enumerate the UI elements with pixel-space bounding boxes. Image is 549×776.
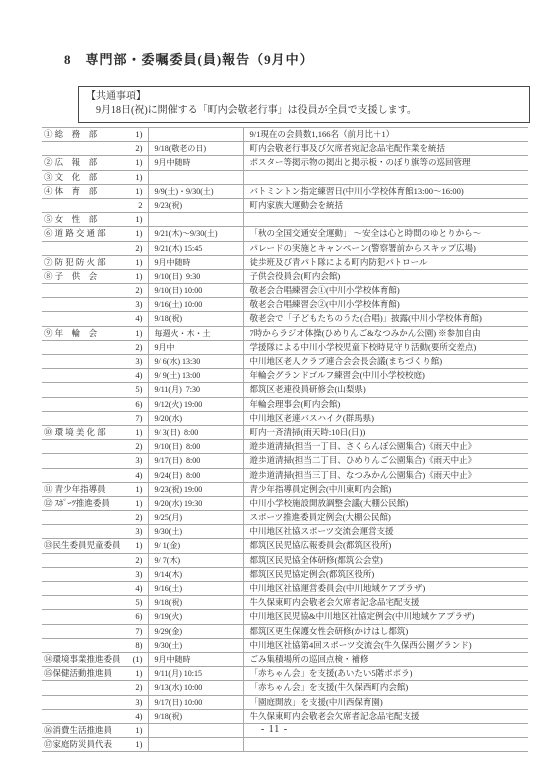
committee-cell: 6) bbox=[42, 397, 148, 411]
description-cell: 敬老会合唱練習会①(中川小学校体育館) bbox=[243, 284, 528, 298]
committee-cell: 2) bbox=[42, 553, 148, 567]
item-ordinal: 3) bbox=[135, 568, 147, 581]
item-ordinal: 6) bbox=[135, 610, 147, 623]
date-cell bbox=[148, 213, 243, 227]
table-row: ⑫ ｽﾎﾟｰﾂ推進委員1)9/20(水) 19:30中川小学校施設開放調整会議(… bbox=[42, 496, 528, 510]
committee-cell: 3) bbox=[42, 454, 148, 468]
table-row: ⑩ 環 境 美 化 部1)9/ 3(日) 8:00町内一斉清掃(雨天時:10日(… bbox=[42, 425, 528, 439]
description-cell: パレードの実施とキャンペーン(警察署前からスキップ広場) bbox=[243, 241, 528, 255]
committee-cell: 2) bbox=[42, 284, 148, 298]
description-cell: 中川小学校施設開放調整会議(大棚公民館) bbox=[243, 496, 528, 510]
table-row: 4)9/ 9(土) 13:00年輪会グランドゴルフ練習会(中川小学校校庭) bbox=[42, 369, 528, 383]
table-row: ⑤ 女 性 部1) bbox=[42, 213, 528, 227]
date-cell: 9/ 6(水) 13:30 bbox=[148, 355, 243, 369]
date-cell: 9/10(日) 8:00 bbox=[148, 440, 243, 454]
date-cell: 9/17(日) 8:00 bbox=[148, 454, 243, 468]
description-cell: 遊歩道清掃(担当三丁目、なつみかん公園集合)《雨天中止》 bbox=[243, 468, 528, 482]
date-cell: 9/18(祝) bbox=[148, 312, 243, 326]
table-row: ⑦ 防 犯 防 火 部1)9月中随時徒歩班及び青パト隊による町内防犯パトロール bbox=[42, 255, 528, 269]
table-row: ② 広 報 部1)9月中随時ポスター等掲示物の掲出と掲示板・のぼり旗等の巡回管理 bbox=[42, 156, 528, 170]
item-ordinal: 3) bbox=[135, 454, 147, 467]
item-ordinal: 1) bbox=[135, 270, 147, 283]
table-row: ⑰家庭防災員代表1) bbox=[42, 738, 528, 752]
committee-name: ⑤ 女 性 部 bbox=[44, 213, 97, 226]
description-cell: 都筑区民児協定例会(都筑区役所) bbox=[243, 567, 528, 581]
table-row: 8)9/30(土)中川地区社協第4回スポーツ交流会(牛久保西公園グランド) bbox=[42, 638, 528, 652]
committee-cell: 2) bbox=[42, 241, 148, 255]
description-cell bbox=[243, 738, 528, 752]
section-number: 8 bbox=[64, 52, 72, 67]
item-ordinal: 1) bbox=[135, 738, 147, 751]
item-ordinal: 1) bbox=[135, 327, 147, 340]
table-row: 3)9/17(日) 8:00遊歩道清掃(担当二丁目、ひめりんご公園集合)《雨天中… bbox=[42, 454, 528, 468]
item-ordinal: 1) bbox=[135, 497, 147, 510]
description-cell: ポスター等掲示物の掲出と掲示板・のぼり旗等の巡回管理 bbox=[243, 156, 528, 170]
item-ordinal: 1) bbox=[135, 156, 147, 169]
committee-name: ⑫ ｽﾎﾟｰﾂ推進委員 bbox=[44, 497, 110, 510]
table-row: 2)9/ 7(木)都筑区民児協全体研修(都筑公会堂) bbox=[42, 553, 528, 567]
date-cell: 9/20(水) bbox=[148, 411, 243, 425]
date-cell: 9/10(日) 9:30 bbox=[148, 269, 243, 283]
date-cell: 9/20(水) 19:30 bbox=[148, 496, 243, 510]
committee-name: ⑭環境事業推進委員 bbox=[44, 653, 121, 666]
description-cell: スポーツ推進委員定例会(大棚公民館) bbox=[243, 511, 528, 525]
committee-cell: 3) bbox=[42, 355, 148, 369]
date-cell: 9/13(水) 10:00 bbox=[148, 681, 243, 695]
description-cell: 牛久保東町内会敬老会欠席者記念品宅配支援 bbox=[243, 709, 528, 723]
table-row: 3)9/30(土)中川地区社協スポーツ交流会運営支援 bbox=[42, 525, 528, 539]
table-row: 4)9/18(祝)牛久保東町内会敬老会欠席者記念品宅配支援 bbox=[42, 709, 528, 723]
description-cell: 9/1現在の会員数1,166名（前月比＋1） bbox=[243, 128, 528, 142]
date-cell: 9/29(金) bbox=[148, 624, 243, 638]
committee-cell: ⑫ ｽﾎﾟｰﾂ推進委員1) bbox=[42, 496, 148, 510]
table-row: 2)9/18(敬老の日)町内会敬老行事及び欠席者宛記念品宅配作業を統括 bbox=[42, 142, 528, 156]
item-ordinal: 3) bbox=[135, 696, 147, 709]
table-row: 7)9/20(水)中川地区老連バスハイク(群馬県) bbox=[42, 411, 528, 425]
item-ordinal: 1) bbox=[135, 426, 147, 439]
description-cell: 遊歩道清掃(担当一丁目、さくらんぼ公園集合)《雨天中止》 bbox=[243, 440, 528, 454]
committee-cell: 2 bbox=[42, 198, 148, 212]
description-cell: 子供会役員会(町内会館) bbox=[243, 269, 528, 283]
date-cell: 9/14(木) bbox=[148, 567, 243, 581]
table-row: ④ 体 育 部1)9/9(土)・9/30(土)バトミントン指定練習日(中川小学校… bbox=[42, 184, 528, 198]
item-ordinal: 7) bbox=[135, 625, 147, 638]
report-table-body: ① 総 務 部1)9/1現在の会員数1,166名（前月比＋1）2)9/18(敬老… bbox=[42, 128, 528, 752]
description-cell: 7時からラジオ体操(ひめりんご&なつみかん公園) ※参加自由 bbox=[243, 326, 528, 340]
committee-cell: 4) bbox=[42, 709, 148, 723]
committee-cell: 4) bbox=[42, 369, 148, 383]
committee-cell: 4) bbox=[42, 312, 148, 326]
item-ordinal: 5) bbox=[135, 596, 147, 609]
table-row: 7)9/29(金)都筑区更生保護女性会研修(かけはし都筑) bbox=[42, 624, 528, 638]
description-cell: 遊歩道清掃(担当二丁目、ひめりんご公園集合)《雨天中止》 bbox=[243, 454, 528, 468]
table-row: 3)9/17(日) 10:00「園庭開放」を支援(中川西保育園) bbox=[42, 695, 528, 709]
committee-cell: 7) bbox=[42, 411, 148, 425]
table-row: ⑮保健活動推進員1)9/11(月) 10:15「赤ちゃん会」を支援(あいたい5階… bbox=[42, 667, 528, 681]
date-cell: 9/17(日) 10:00 bbox=[148, 695, 243, 709]
description-cell: 都筑区更生保護女性会研修(かけはし都筑) bbox=[243, 624, 528, 638]
item-ordinal: 4) bbox=[135, 369, 147, 382]
committee-cell: 4) bbox=[42, 468, 148, 482]
committee-cell: 4) bbox=[42, 582, 148, 596]
description-cell: 年輪会理事会(町内会館) bbox=[243, 397, 528, 411]
committee-cell: 5) bbox=[42, 383, 148, 397]
date-cell: 9/18(祝) bbox=[148, 709, 243, 723]
description-cell: 徒歩班及び青パト隊による町内防犯パトロール bbox=[243, 255, 528, 269]
item-ordinal: 4) bbox=[135, 312, 147, 325]
description-cell: 年輪会グランドゴルフ練習会(中川小学校校庭) bbox=[243, 369, 528, 383]
committee-cell: 3) bbox=[42, 525, 148, 539]
committee-cell: ⑨ 年 輪 会1) bbox=[42, 326, 148, 340]
section-title: 専門部・委嘱委員(員)報告（9月中） bbox=[86, 52, 314, 67]
table-row: ⑪ 青少年指導員1)9/23(祝) 19:00青少年指導員定例会(中川東町内会館… bbox=[42, 482, 528, 496]
committee-name: ⑮保健活動推進員 bbox=[44, 667, 112, 680]
date-cell: 9/25(月) bbox=[148, 511, 243, 525]
table-row: 4)9/24(日) 8:00遊歩道清掃(担当三丁目、なつみかん公園集合)《雨天中… bbox=[42, 468, 528, 482]
table-row: 2)9/21(木) 15:45パレードの実施とキャンペーン(警察署前からスキップ… bbox=[42, 241, 528, 255]
committee-cell: 2) bbox=[42, 511, 148, 525]
item-ordinal: 3) bbox=[135, 355, 147, 368]
date-cell: 9/18(祝) bbox=[148, 596, 243, 610]
item-ordinal: 1) bbox=[135, 227, 147, 240]
description-cell: 牛久保東町内会敬老会欠席者記念品宅配支援 bbox=[243, 596, 528, 610]
table-row: 2)9/10(日) 10:00敬老会合唱練習会①(中川小学校体育館) bbox=[42, 284, 528, 298]
committee-name: ⑪ 青少年指導員 bbox=[44, 483, 106, 496]
date-cell: 9/24(日) 8:00 bbox=[148, 468, 243, 482]
report-table: ① 総 務 部1)9/1現在の会員数1,166名（前月比＋1）2)9/18(敬老… bbox=[42, 127, 528, 752]
committee-cell: 5) bbox=[42, 596, 148, 610]
committee-name: ④ 体 育 部 bbox=[44, 185, 97, 198]
date-cell: 9/ 9(土) 13:00 bbox=[148, 369, 243, 383]
committee-name: ⑥ 道 路 交 通 部 bbox=[44, 227, 106, 240]
date-cell: 9/ 3(日) 8:00 bbox=[148, 425, 243, 439]
description-cell bbox=[243, 213, 528, 227]
description-cell: 都筑区老連役員研修会(山梨県) bbox=[243, 383, 528, 397]
item-ordinal: 1) bbox=[135, 171, 147, 184]
date-cell bbox=[148, 170, 243, 184]
committee-cell: 2) bbox=[42, 681, 148, 695]
item-ordinal: 5) bbox=[135, 383, 147, 396]
description-cell: 中川地区民児協&中川地区社協定例会(中川地域ケアプラザ) bbox=[243, 610, 528, 624]
date-cell: 9/21(木) 15:45 bbox=[148, 241, 243, 255]
committee-cell: 2) bbox=[42, 340, 148, 354]
description-cell: 都筑区民児協広報委員会(都筑区役所) bbox=[243, 539, 528, 553]
description-cell: 町内家族大運動会を統括 bbox=[243, 198, 528, 212]
item-ordinal: 2) bbox=[135, 554, 147, 567]
description-cell: バトミントン指定練習日(中川小学校体育館13:00〜16:00) bbox=[243, 184, 528, 198]
description-cell: 敬老会合唱練習会②(中川小学校体育館) bbox=[243, 298, 528, 312]
committee-name: ⑬民生委員児童委員 bbox=[44, 539, 121, 552]
table-row: 29/23(祝)町内家族大運動会を統括 bbox=[42, 198, 528, 212]
item-ordinal: 8) bbox=[135, 639, 147, 652]
footer-page-number: - 11 - bbox=[0, 724, 549, 735]
committee-name: ① 総 務 部 bbox=[44, 128, 97, 141]
item-ordinal: 2) bbox=[135, 284, 147, 297]
date-cell: 9/ 1(金) bbox=[148, 539, 243, 553]
committee-cell: ③ 文 化 部1) bbox=[42, 170, 148, 184]
item-ordinal: 2) bbox=[135, 681, 147, 694]
date-cell: 9月中随時 bbox=[148, 652, 243, 666]
item-ordinal: 1) bbox=[135, 539, 147, 552]
item-ordinal: 2) bbox=[135, 511, 147, 524]
date-cell: 9/ 7(木) bbox=[148, 553, 243, 567]
item-ordinal: 2) bbox=[135, 341, 147, 354]
description-cell: 青少年指導員定例会(中川東町内会館) bbox=[243, 482, 528, 496]
item-ordinal: 1) bbox=[135, 667, 147, 680]
committee-name: ⑩ 環 境 美 化 部 bbox=[44, 426, 106, 439]
notice-body: 9月18日(祝)に開催する「町内会敬老行事」は役員が全員で支援します。 bbox=[86, 104, 524, 118]
date-cell: 9/11(月) 7:30 bbox=[148, 383, 243, 397]
item-ordinal: 1) bbox=[135, 213, 147, 226]
date-cell: 9月中随時 bbox=[148, 255, 243, 269]
item-ordinal: 1) bbox=[135, 128, 147, 141]
description-cell: 中川地区老人クラブ連合会会長会議(まちづくり館) bbox=[243, 355, 528, 369]
committee-cell: ① 総 務 部1) bbox=[42, 128, 148, 142]
committee-name: ③ 文 化 部 bbox=[44, 171, 97, 184]
committee-cell: ④ 体 育 部1) bbox=[42, 184, 148, 198]
description-cell: 「赤ちゃん会」を支援(あいたい5階ポポラ) bbox=[243, 667, 528, 681]
description-cell: 中川地区社協スポーツ交流会運営支援 bbox=[243, 525, 528, 539]
table-row: ① 総 務 部1)9/1現在の会員数1,166名（前月比＋1） bbox=[42, 128, 528, 142]
committee-name: ⑨ 年 輪 会 bbox=[44, 327, 97, 340]
date-cell: 9/10(日) 10:00 bbox=[148, 284, 243, 298]
committee-cell: 7) bbox=[42, 624, 148, 638]
item-ordinal: 3) bbox=[135, 525, 147, 538]
committee-cell: ⑦ 防 犯 防 火 部1) bbox=[42, 255, 148, 269]
committee-cell: ⑪ 青少年指導員1) bbox=[42, 482, 148, 496]
table-row: ⑥ 道 路 交 通 部1)9/21(木)〜9/30(土)「秋の全国交通安全運動」… bbox=[42, 227, 528, 241]
description-cell: 「秋の全国交通安全運動」 〜安全は心と時間のゆとりから〜 bbox=[243, 227, 528, 241]
date-cell: 9/19(火) bbox=[148, 610, 243, 624]
item-ordinal: 2) bbox=[135, 440, 147, 453]
item-ordinal: 3) bbox=[135, 298, 147, 311]
committee-name: ⑦ 防 犯 防 火 部 bbox=[44, 256, 106, 269]
table-row: 6)9/12(火) 19:00年輪会理事会(町内会館) bbox=[42, 397, 528, 411]
committee-cell: 2) bbox=[42, 142, 148, 156]
description-cell: 学援隊による中川小学校児童下校時見守り活動(要所交差点) bbox=[243, 340, 528, 354]
committee-cell: ② 広 報 部1) bbox=[42, 156, 148, 170]
description-cell: 都筑区民児協全体研修(都筑公会堂) bbox=[243, 553, 528, 567]
description-cell: 中川地区老連バスハイク(群馬県) bbox=[243, 411, 528, 425]
table-row: ⑨ 年 輪 会1)毎週火・木・土7時からラジオ体操(ひめりんご&なつみかん公園)… bbox=[42, 326, 528, 340]
table-row: ⑭環境事業推進委員(1)9月中随時ごみ集積場所の巡回点検・補修 bbox=[42, 652, 528, 666]
table-row: 3)9/16(土) 10:00敬老会合唱練習会②(中川小学校体育館) bbox=[42, 298, 528, 312]
item-ordinal: 4) bbox=[135, 710, 147, 723]
item-ordinal: 6) bbox=[135, 398, 147, 411]
table-row: 5)9/11(月) 7:30都筑区老連役員研修会(山梨県) bbox=[42, 383, 528, 397]
table-row: 4)9/18(祝)敬老会で「子どもたちのうた(合唱)」披露(中川小学校体育館) bbox=[42, 312, 528, 326]
item-ordinal: (1) bbox=[133, 653, 148, 666]
table-row: 5)9/18(祝)牛久保東町内会敬老会欠席者記念品宅配支援 bbox=[42, 596, 528, 610]
date-cell: 9月中随時 bbox=[148, 156, 243, 170]
date-cell bbox=[148, 128, 243, 142]
table-row: 2)9/10(日) 8:00遊歩道清掃(担当一丁目、さくらんぼ公園集合)《雨天中… bbox=[42, 440, 528, 454]
item-ordinal: 7) bbox=[135, 412, 147, 425]
committee-cell: 6) bbox=[42, 610, 148, 624]
common-notice-box: 【共通事項】 9月18日(祝)に開催する「町内会敬老行事」は役員が全員で支援しま… bbox=[78, 86, 530, 123]
item-ordinal: 4) bbox=[135, 582, 147, 595]
description-cell: 町内会敬老行事及び欠席者宛記念品宅配作業を統括 bbox=[243, 142, 528, 156]
item-ordinal: 2 bbox=[138, 199, 147, 212]
item-ordinal: 1) bbox=[135, 256, 147, 269]
table-row: 6)9/19(火)中川地区民児協&中川地区社協定例会(中川地域ケアプラザ) bbox=[42, 610, 528, 624]
committee-cell: 3) bbox=[42, 298, 148, 312]
table-row: 3)9/14(木)都筑区民児協定例会(都筑区役所) bbox=[42, 567, 528, 581]
committee-cell: ⑭環境事業推進委員(1) bbox=[42, 652, 148, 666]
notice-heading: 【共通事項】 bbox=[86, 90, 524, 104]
description-cell: 中川地区社協運営委員会(中川地域ケアプラザ) bbox=[243, 582, 528, 596]
item-ordinal: 2) bbox=[135, 242, 147, 255]
table-row: 2)9/13(水) 10:00「赤ちゃん会」を支援(牛久保西町内会館) bbox=[42, 681, 528, 695]
description-cell: 「園庭開放」を支援(中川西保育園) bbox=[243, 695, 528, 709]
date-cell bbox=[148, 738, 243, 752]
date-cell: 9/12(火) 19:00 bbox=[148, 397, 243, 411]
date-cell: 9/18(敬老の日) bbox=[148, 142, 243, 156]
item-ordinal: 4) bbox=[135, 469, 147, 482]
table-row: ③ 文 化 部1) bbox=[42, 170, 528, 184]
committee-cell: 8) bbox=[42, 638, 148, 652]
table-row: 4)9/16(土)中川地区社協運営委員会(中川地域ケアプラザ) bbox=[42, 582, 528, 596]
committee-cell: ⑤ 女 性 部1) bbox=[42, 213, 148, 227]
item-ordinal: 1) bbox=[135, 185, 147, 198]
table-row: 2)9月中学援隊による中川小学校児童下校時見守り活動(要所交差点) bbox=[42, 340, 528, 354]
table-row: 3)9/ 6(水) 13:30中川地区老人クラブ連合会会長会議(まちづくり館) bbox=[42, 355, 528, 369]
date-cell: 9/16(土) 10:00 bbox=[148, 298, 243, 312]
committee-cell: 2) bbox=[42, 440, 148, 454]
table-row: ⑧ 子 供 会1)9/10(日) 9:30子供会役員会(町内会館) bbox=[42, 269, 528, 283]
table-row: 2)9/25(月)スポーツ推進委員定例会(大棚公民館) bbox=[42, 511, 528, 525]
committee-cell: ⑥ 道 路 交 通 部1) bbox=[42, 227, 148, 241]
date-cell: 9/23(祝) bbox=[148, 198, 243, 212]
description-cell: 中川地区社協第4回スポーツ交流会(牛久保西公園グランド) bbox=[243, 638, 528, 652]
description-cell bbox=[243, 170, 528, 184]
item-ordinal: 2) bbox=[135, 142, 147, 155]
committee-cell: ⑧ 子 供 会1) bbox=[42, 269, 148, 283]
committee-cell: ⑰家庭防災員代表1) bbox=[42, 738, 148, 752]
committee-cell: ⑮保健活動推進員1) bbox=[42, 667, 148, 681]
description-cell: 敬老会で「子どもたちのうた(合唱)」披露(中川小学校体育館) bbox=[243, 312, 528, 326]
date-cell: 9/16(土) bbox=[148, 582, 243, 596]
date-cell: 9/9(土)・9/30(土) bbox=[148, 184, 243, 198]
committee-name: ⑧ 子 供 会 bbox=[44, 270, 97, 283]
item-ordinal: 1) bbox=[135, 483, 147, 496]
committee-cell: 3) bbox=[42, 567, 148, 581]
committee-name: ⑰家庭防災員代表 bbox=[44, 738, 112, 751]
date-cell: 9/30(土) bbox=[148, 638, 243, 652]
committee-cell: 3) bbox=[42, 695, 148, 709]
description-cell: 「赤ちゃん会」を支援(牛久保西町内会館) bbox=[243, 681, 528, 695]
table-row: ⑬民生委員児童委員1)9/ 1(金)都筑区民児協広報委員会(都筑区役所) bbox=[42, 539, 528, 553]
committee-name: ② 広 報 部 bbox=[44, 156, 97, 169]
date-cell: 毎週火・木・土 bbox=[148, 326, 243, 340]
date-cell: 9/23(祝) 19:00 bbox=[148, 482, 243, 496]
date-cell: 9/30(土) bbox=[148, 525, 243, 539]
description-cell: ごみ集積場所の巡回点検・補修 bbox=[243, 652, 528, 666]
committee-cell: ⑬民生委員児童委員1) bbox=[42, 539, 148, 553]
committee-cell: ⑩ 環 境 美 化 部1) bbox=[42, 425, 148, 439]
page-title: 8専門部・委嘱委員(員)報告（9月中） bbox=[64, 49, 314, 68]
description-cell: 町内一斉清掃(雨天時:10日(日)) bbox=[243, 425, 528, 439]
date-cell: 9/21(木)〜9/30(土) bbox=[148, 227, 243, 241]
date-cell: 9月中 bbox=[148, 340, 243, 354]
date-cell: 9/11(月) 10:15 bbox=[148, 667, 243, 681]
